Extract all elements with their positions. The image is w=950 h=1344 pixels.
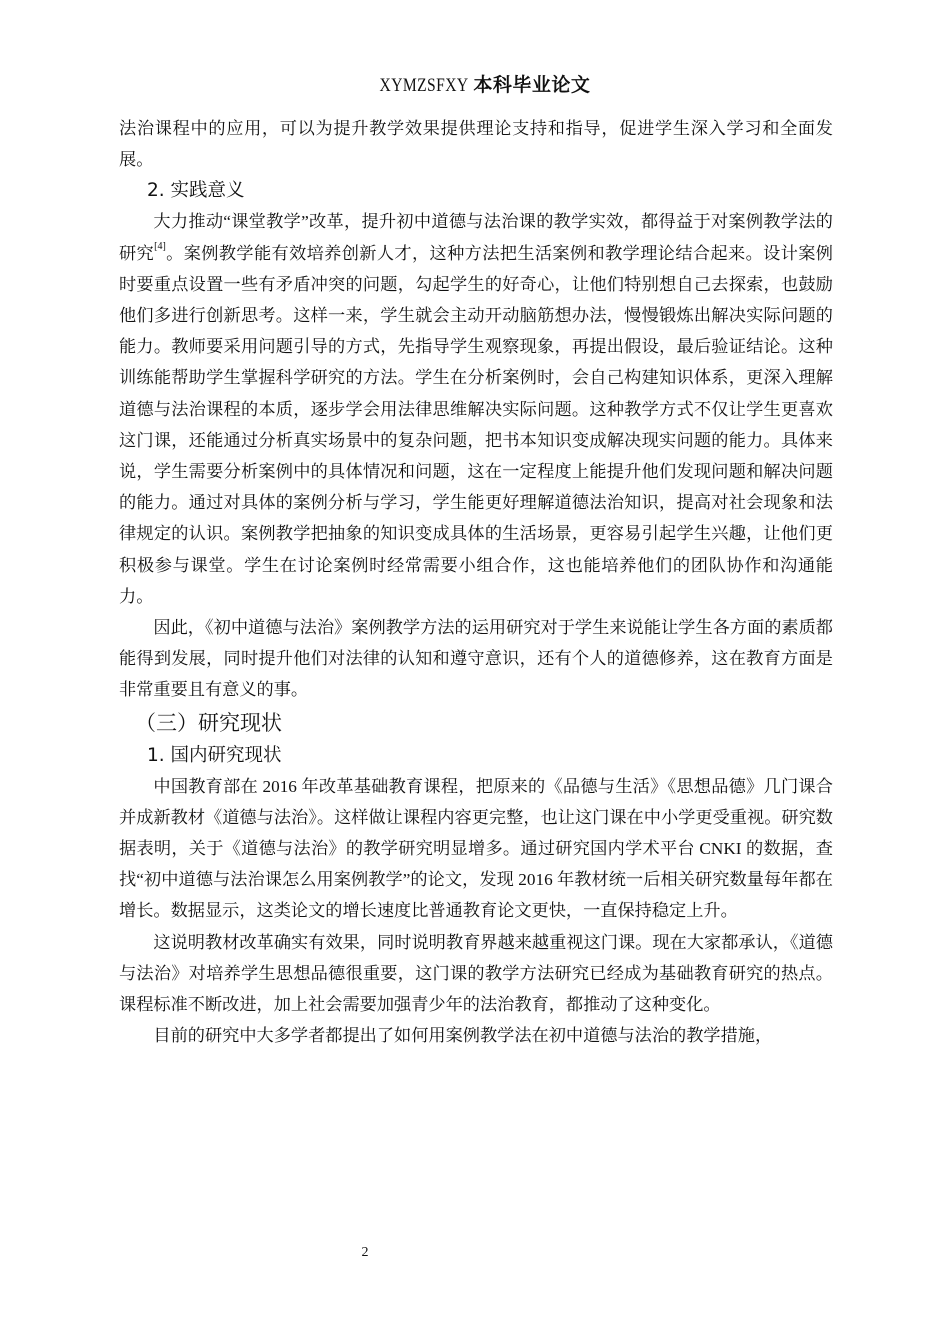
paragraph: 中国教育部在 2016 年改革基础教育课程，把原来的《品德与生活》《思想品德》几… — [119, 771, 833, 927]
document-body: 法治课程中的应用，可以为提升教学效果提供理论支持和指导，促进学生深入学习和全面发… — [119, 113, 833, 1051]
header-title: 本科毕业论文 — [473, 74, 590, 96]
paragraph: 大力推动“课堂教学”改革，提升初中道德与法治课的教学实效，都得益于对案例教学法的… — [119, 206, 833, 612]
citation: [4] — [154, 241, 166, 252]
page-header: XYMZSFXY 本科毕业论文 — [0, 72, 950, 99]
paragraph-continuation: 法治课程中的应用，可以为提升教学效果提供理论支持和指导，促进学生深入学习和全面发… — [119, 113, 833, 175]
subheading-practical-significance: 2. 实践意义 — [119, 175, 833, 206]
section-heading-research-status: （三）研究现状 — [119, 706, 833, 740]
paragraph: 目前的研究中大多学者都提出了如何用案例教学法在初中道德与法治的教学措施， — [119, 1020, 833, 1051]
page-number: 2 — [0, 1245, 730, 1261]
paragraph: 因此，《初中道德与法治》案例教学方法的运用研究对于学生来说能让学生各方面的素质都… — [119, 612, 833, 706]
subheading-domestic-research: 1. 国内研究现状 — [119, 740, 833, 771]
paragraph: 这说明教材改革确实有效果，同时说明教育界越来越重视这门课。现在大家都承认，《道德… — [119, 927, 833, 1021]
paragraph-text: 。案例教学能有效培养创新人才，这种方法把生活案例和教学理论结合起来。设计案例时要… — [119, 244, 833, 606]
header-code: XYMZSFXY — [379, 73, 468, 99]
